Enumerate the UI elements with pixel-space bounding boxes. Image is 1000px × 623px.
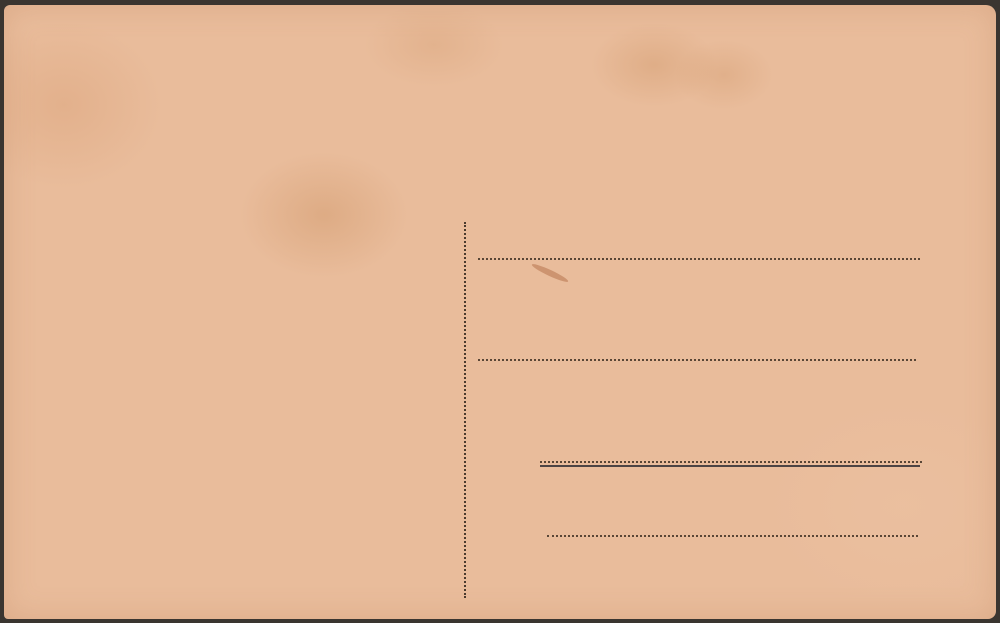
postcard-back [4, 5, 996, 619]
address-line-4 [547, 535, 918, 537]
stain-mark [531, 262, 570, 284]
center-divider-line [464, 222, 466, 598]
address-line-2 [478, 359, 916, 361]
address-underline [540, 465, 920, 467]
address-line-1 [478, 258, 920, 260]
address-line-3 [540, 461, 922, 463]
